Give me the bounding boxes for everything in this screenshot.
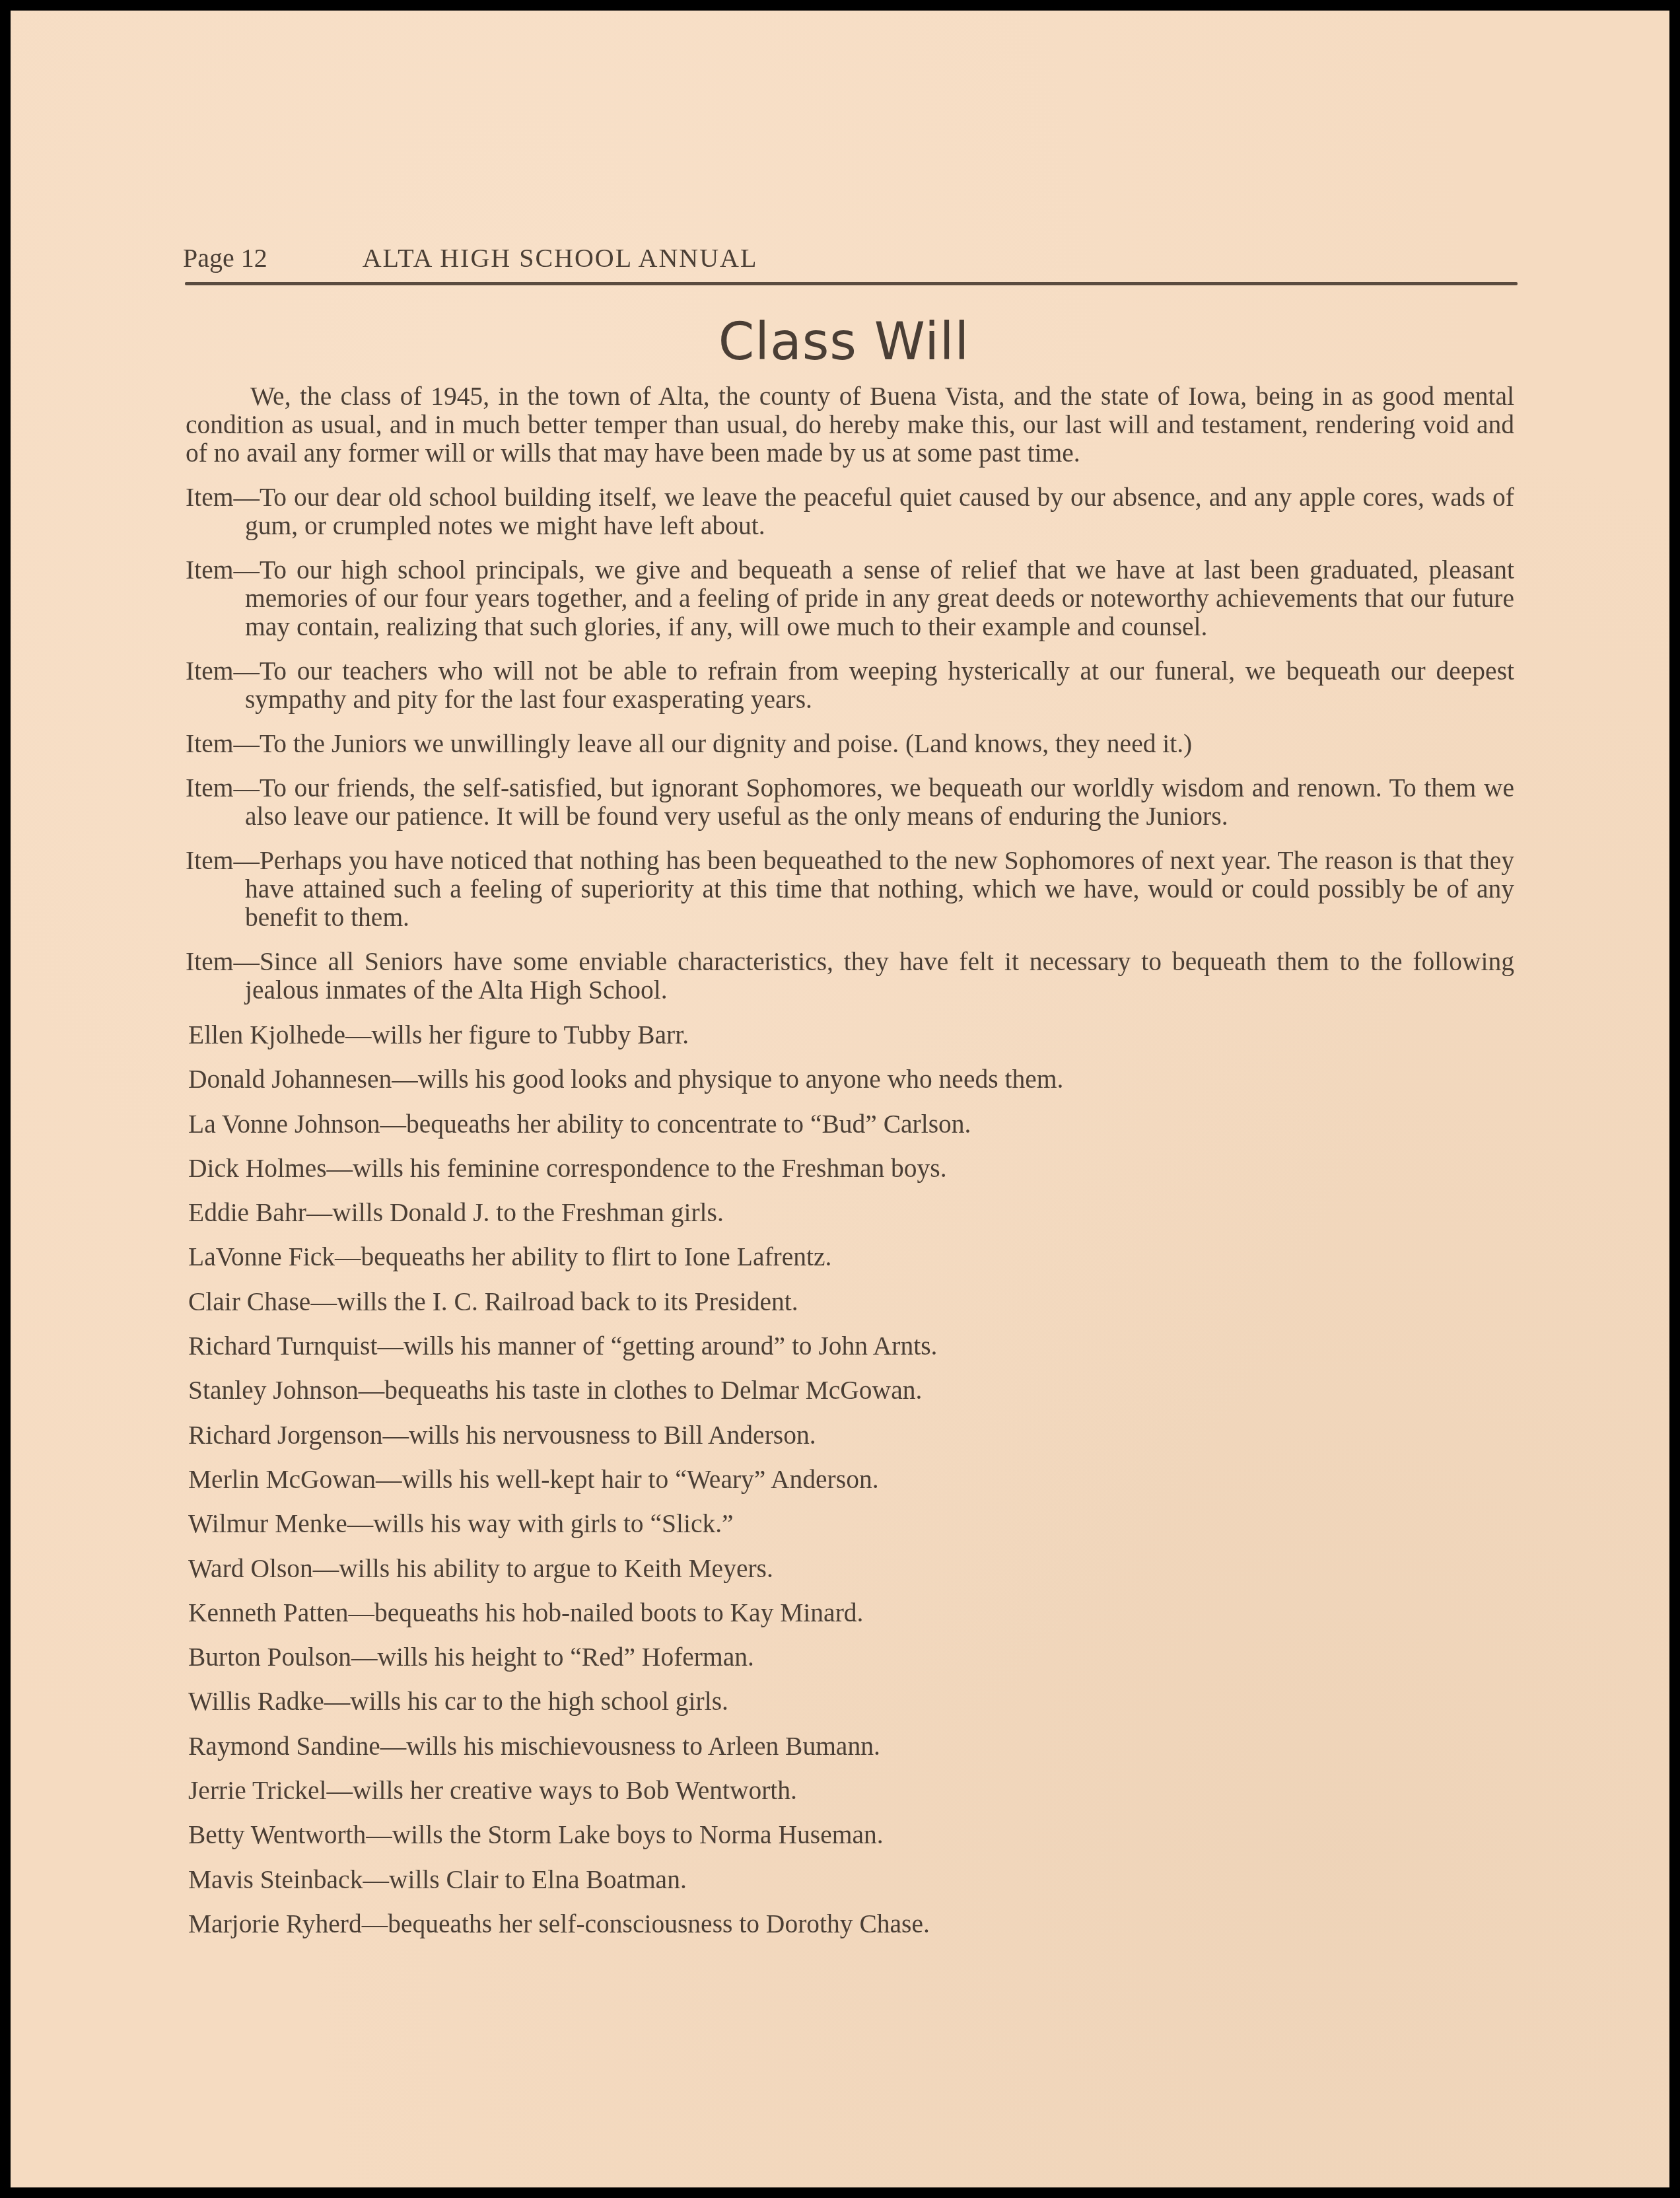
will-item: Item—To our friends, the self-satisfied,… <box>186 774 1514 831</box>
running-header: Page 12 ALTA HIGH SCHOOL ANNUAL <box>175 242 1513 275</box>
bequest-entry: LaVonne Fick—bequeaths her ability to fl… <box>186 1243 1514 1287</box>
bequest-entry: Mavis Steinback—wills Clair to Elna Boat… <box>186 1866 1514 1910</box>
bequest-entry: Eddie Bahr—wills Donald J. to the Freshm… <box>186 1199 1514 1243</box>
bequest-entry: Ellen Kjolhede—wills her figure to Tubby… <box>186 1021 1514 1065</box>
bequest-entry: Wilmur Menke—wills his way with girls to… <box>186 1510 1514 1554</box>
bequest-entry: Dick Holmes—wills his feminine correspon… <box>186 1154 1514 1199</box>
bequest-entry: La Vonne Johnson—bequeaths her ability t… <box>186 1110 1514 1154</box>
publication-title: ALTA HIGH SCHOOL ANNUAL <box>0 242 1229 275</box>
will-item: Item—Perhaps you have noticed that nothi… <box>186 847 1514 932</box>
bequest-entry: Jerrie Trickel—wills her creative ways t… <box>186 1777 1514 1821</box>
will-item: Item—To the Juniors we unwillingly leave… <box>186 730 1514 758</box>
will-item: Item—To our high school principals, we g… <box>186 556 1514 641</box>
intro-paragraph: We, the class of 1945, in the town of Al… <box>186 382 1514 468</box>
bequest-entry: Richard Jorgenson—wills his nervousness … <box>186 1421 1514 1466</box>
will-item: Item—Since all Seniors have some enviabl… <box>186 948 1514 1005</box>
bequest-entry: Burton Poulson—wills his height to “Red”… <box>186 1643 1514 1687</box>
will-item: Item—To our dear old school building its… <box>186 483 1514 540</box>
bequest-entry: Raymond Sandine—wills his mischievousnes… <box>186 1732 1514 1777</box>
article-body: We, the class of 1945, in the town of Al… <box>186 382 1514 1954</box>
scanned-page: Page 12 ALTA HIGH SCHOOL ANNUAL Class Wi… <box>11 11 1669 2187</box>
header-rule <box>185 282 1518 285</box>
bequest-entry: Merlin McGowan—wills his well-kept hair … <box>186 1466 1514 1510</box>
bequest-entry: Ward Olson—wills his ability to argue to… <box>186 1555 1514 1599</box>
page-title: Class Will <box>175 309 1513 375</box>
bequest-entry: Stanley Johnson—bequeaths his taste in c… <box>186 1376 1514 1421</box>
bequest-entry: Betty Wentworth—wills the Storm Lake boy… <box>186 1821 1514 1865</box>
will-item: Item—To our teachers who will not be abl… <box>186 657 1514 714</box>
bequest-entry: Richard Turnquist—wills his manner of “g… <box>186 1332 1514 1376</box>
bequest-entry: Clair Chase—wills the I. C. Railroad bac… <box>186 1288 1514 1332</box>
bequest-entry: Marjorie Ryherd—bequeaths her self-consc… <box>186 1910 1514 1954</box>
bequest-entry: Willis Radke—wills his car to the high s… <box>186 1687 1514 1732</box>
bequest-list: Ellen Kjolhede—wills her figure to Tubby… <box>186 1021 1514 1954</box>
bequest-entry: Kenneth Patten—bequeaths his hob-nailed … <box>186 1599 1514 1643</box>
bequest-entry: Donald Johannesen—wills his good looks a… <box>186 1065 1514 1110</box>
